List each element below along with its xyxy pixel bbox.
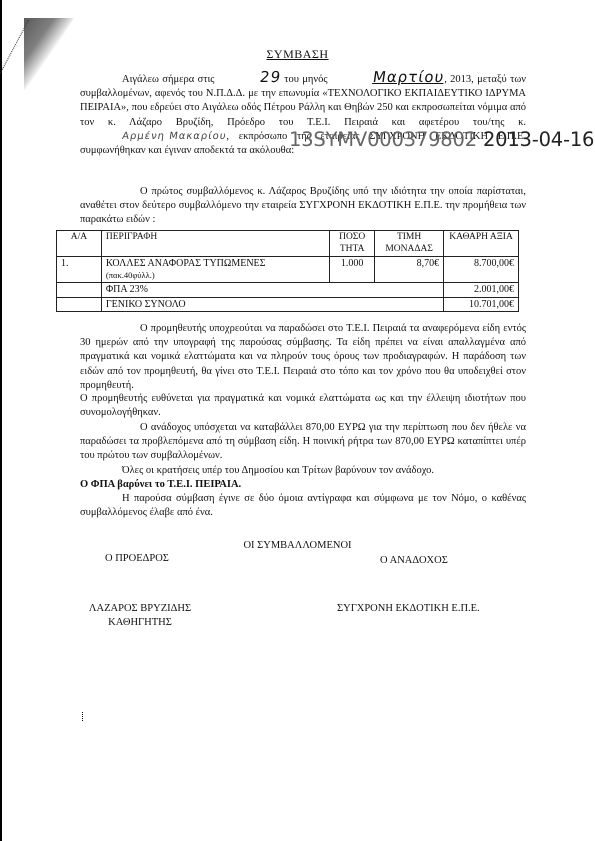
clause-7: Η παρούσα σύμβαση έγινε σε δύο όμοια αντ… xyxy=(80,492,526,520)
document-title: ΣΥΜΒΑΣΗ xyxy=(0,47,595,62)
clause-4: Ο ανάδοχος υπόσχεται να καταβάλλει 870,0… xyxy=(80,421,526,464)
total-aa-cell xyxy=(57,297,102,312)
total-label: ΓΕΝΙΚΟ ΣΥΝΟΛΟ xyxy=(101,297,443,312)
intro-part2: του μηνός xyxy=(284,74,327,85)
table-header-row: Α/Α ΠΕΡΙΓΡΑΦΗ ΠΟΣΟ ΤΗΤΑ ΤΙΜΗ ΜΟΝΑΔΑΣ ΚΑΘ… xyxy=(57,231,519,257)
total-value: 10.701,00€ xyxy=(444,297,519,312)
ada-code: 13SYMV000379802 xyxy=(289,128,477,151)
signatures-heading: ΟΙ ΣΥΜΒΑΛΛΟΜΕΝΟΙ xyxy=(0,540,595,551)
clause-6: Ο ΦΠΑ βαρύνει το Τ.Ε.Ι. ΠΕΙΡΑΙΑ. xyxy=(80,478,526,492)
row-aa: 1. xyxy=(57,257,102,283)
signature-right-role: Ο ΑΝΑΔΟΧΟΣ xyxy=(380,555,448,566)
ada-date: 2013-04-16 xyxy=(483,128,594,151)
signature-right-name: ΣΥΓΧΡΟΝΗ ΕΚΔΟΤΙΚΗ Ε.Π.Ε. xyxy=(337,603,480,614)
ada-stamp: 13SYMV000379802 2013-04-16 xyxy=(289,128,594,151)
scan-mark xyxy=(82,712,85,721)
row-description-note: (πακ.40φύλλ.) xyxy=(106,270,325,282)
intro-part1: Αιγάλεω σήμερα στις xyxy=(122,74,214,85)
handwritten-representative: Αρμένη Μακαρίου xyxy=(79,130,227,144)
row-description-text: ΚΟΛΛΕΣ ΑΝΑΦΟΡΑΣ ΤΥΠΩΜΕΝΕΣ xyxy=(106,258,325,270)
signature-left-title: ΚΑΘΗΓΗΤΗΣ xyxy=(70,617,210,628)
vat-label: ΦΠΑ 23% xyxy=(101,283,443,298)
scan-edge xyxy=(0,0,2,841)
handwritten-month: Μαρτίου xyxy=(330,70,445,84)
vat-row: ΦΠΑ 23% 2.001,00€ xyxy=(57,283,519,298)
row-quantity: 1.000 xyxy=(330,257,375,283)
signature-left-name: ΛΑΖΑΡΟΣ ΒΡΥΖΙΔΗΣ xyxy=(70,603,210,614)
total-row: ΓΕΝΙΚΟ ΣΥΝΟΛΟ 10.701,00€ xyxy=(57,297,519,312)
header-net-value: ΚΑΘΑΡΗ ΑΞΙΑ xyxy=(444,231,519,257)
items-table: Α/Α ΠΕΡΙΓΡΑΦΗ ΠΟΣΟ ΤΗΤΑ ΤΙΜΗ ΜΟΝΑΔΑΣ ΚΑΘ… xyxy=(56,230,519,312)
clause-1: Ο πρώτος συμβαλλόμενος κ. Λάζαρος Βρυζίδ… xyxy=(80,185,526,228)
table-row: 1. ΚΟΛΛΕΣ ΑΝΑΦΟΡΑΣ ΤΥΠΩΜΕΝΕΣ (πακ.40φύλλ… xyxy=(57,257,519,283)
header-description: ΠΕΡΙΓΡΑΦΗ xyxy=(101,231,329,257)
header-quantity: ΠΟΣΟ ΤΗΤΑ xyxy=(330,231,375,257)
signature-left-role: Ο ΠΡΟΕΔΡΟΣ xyxy=(105,553,169,564)
row-net-value: 8.700,00€ xyxy=(444,257,519,283)
vat-value: 2.001,00€ xyxy=(444,283,519,298)
header-unit-price: ΤΙΜΗ ΜΟΝΑΔΑΣ xyxy=(375,231,444,257)
clause-2: Ο προμηθευτής υποχρεούται να παραδώσει σ… xyxy=(80,322,526,393)
clause-3: Ο προμηθευτής ευθύνεται για πραγματικά κ… xyxy=(80,392,526,420)
handwritten-day: 29 xyxy=(217,70,282,84)
vat-aa-cell xyxy=(57,283,102,298)
row-unit-price: 8,70€ xyxy=(375,257,444,283)
row-description: ΚΟΛΛΕΣ ΑΝΑΦΟΡΑΣ ΤΥΠΩΜΕΝΕΣ (πακ.40φύλλ.) xyxy=(101,257,329,283)
clause-5: Όλες οι κρατήσεις υπέρ του Δημοσίου και … xyxy=(80,464,526,478)
header-aa: Α/Α xyxy=(57,231,102,257)
